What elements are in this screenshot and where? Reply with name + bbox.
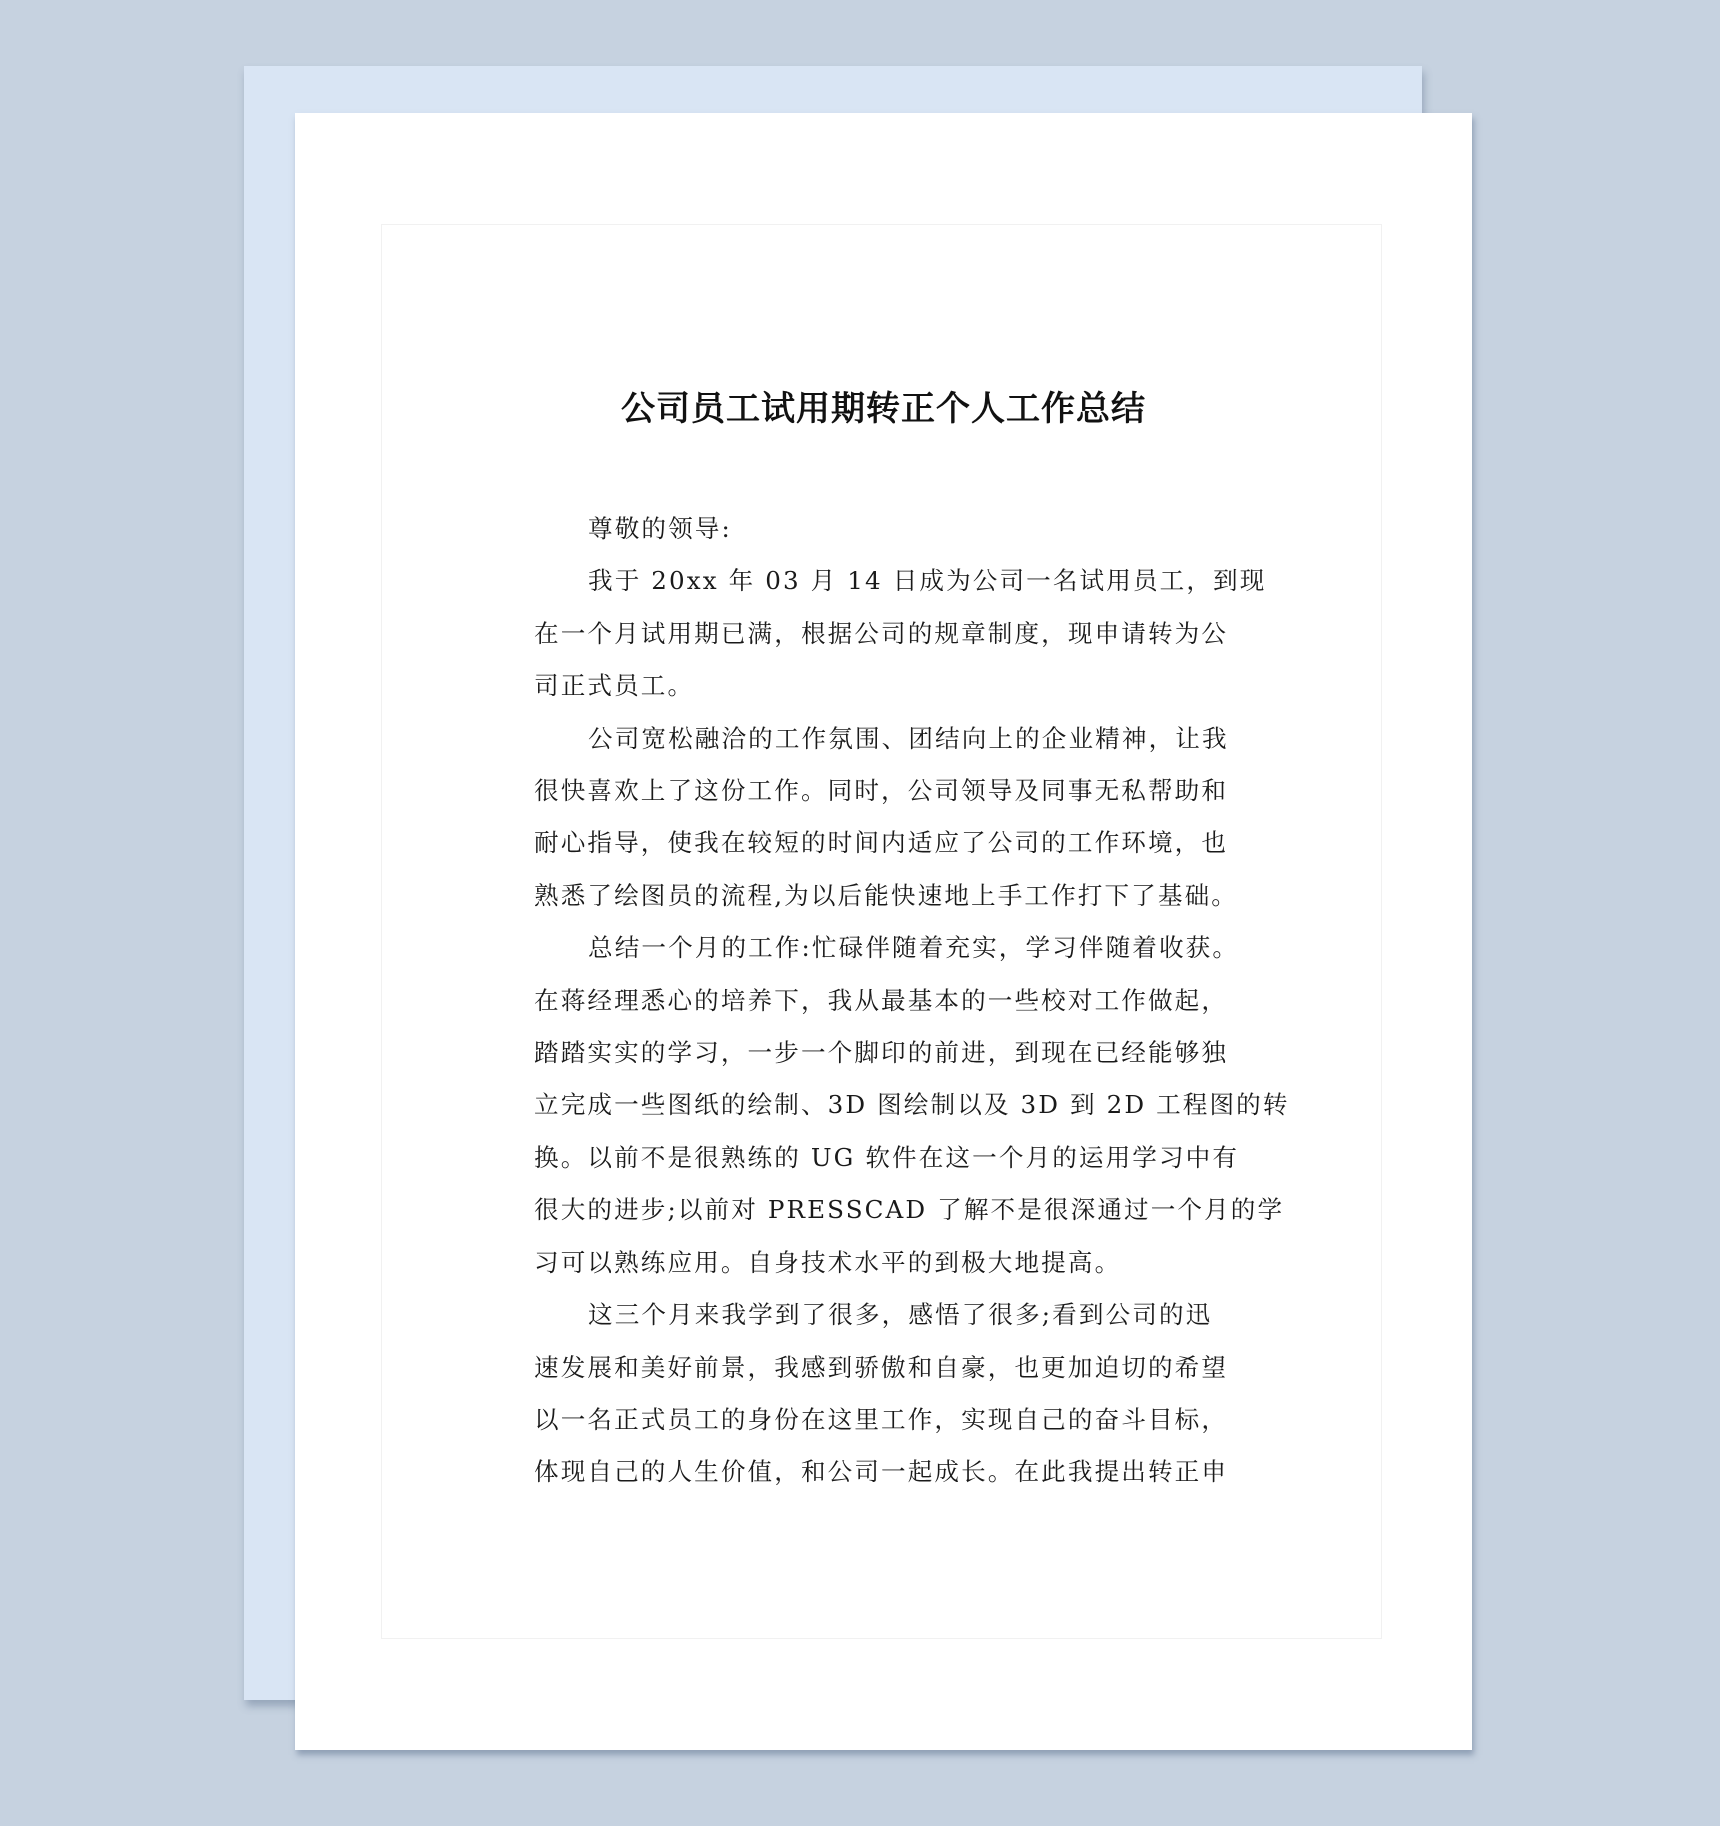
body-line: 熟悉了绘图员的流程,为以后能快速地上手工作打下了基础。 — [534, 870, 1234, 922]
document-title: 公司员工试用期转正个人工作总结 — [295, 381, 1472, 430]
body-line: 以一名正式员工的身份在这里工作，实现自己的奋斗目标， — [534, 1394, 1234, 1446]
body-line: 公司宽松融洽的工作氛围、团结向上的企业精神，让我 — [534, 713, 1234, 765]
document-body: 尊敬的领导: 我于 20xx 年 03 月 14 日成为公司一名试用员工，到现 … — [534, 503, 1234, 1499]
paragraph-1: 我于 20xx 年 03 月 14 日成为公司一名试用员工，到现 在一个月试用期… — [534, 555, 1234, 712]
body-line: 总结一个月的工作:忙碌伴随着充实，学习伴随着收获。 — [534, 922, 1234, 974]
body-line: 在蒋经理悉心的培养下，我从最基本的一些校对工作做起， — [534, 975, 1234, 1027]
body-line: 很快喜欢上了这份工作。同时，公司领导及同事无私帮助和 — [534, 765, 1234, 817]
paragraph-3: 总结一个月的工作:忙碌伴随着充实，学习伴随着收获。 在蒋经理悉心的培养下，我从最… — [534, 922, 1234, 1289]
body-line: 体现自己的人生价值，和公司一起成长。在此我提出转正申 — [534, 1446, 1234, 1498]
paragraph-2: 公司宽松融洽的工作氛围、团结向上的企业精神，让我 很快喜欢上了这份工作。同时，公… — [534, 713, 1234, 923]
body-line: 这三个月来我学到了很多，感悟了很多;看到公司的迅 — [534, 1289, 1234, 1341]
body-line: 立完成一些图纸的绘制、3D 图绘制以及 3D 到 2D 工程图的转 — [534, 1079, 1234, 1131]
body-line: 速发展和美好前景，我感到骄傲和自豪，也更加迫切的希望 — [534, 1342, 1234, 1394]
document-page: 公司员工试用期转正个人工作总结 尊敬的领导: 我于 20xx 年 03 月 14… — [295, 113, 1472, 1750]
body-line: 耐心指导，使我在较短的时间内适应了公司的工作环境，也 — [534, 817, 1234, 869]
paragraph-4: 这三个月来我学到了很多，感悟了很多;看到公司的迅 速发展和美好前景，我感到骄傲和… — [534, 1289, 1234, 1499]
body-line: 习可以熟练应用。自身技术水平的到极大地提高。 — [534, 1237, 1234, 1289]
salutation: 尊敬的领导: — [534, 503, 1234, 555]
body-line: 我于 20xx 年 03 月 14 日成为公司一名试用员工，到现 — [534, 555, 1234, 607]
body-line: 司正式员工。 — [534, 660, 1234, 712]
body-line: 换。以前不是很熟练的 UG 软件在这一个月的运用学习中有 — [534, 1132, 1234, 1184]
body-line: 踏踏实实的学习，一步一个脚印的前进，到现在已经能够独 — [534, 1027, 1234, 1079]
body-line: 在一个月试用期已满，根据公司的规章制度，现申请转为公 — [534, 608, 1234, 660]
salutation-line: 尊敬的领导: — [534, 503, 1234, 555]
body-line: 很大的进步;以前对 PRESSCAD 了解不是很深通过一个月的学 — [534, 1184, 1234, 1236]
